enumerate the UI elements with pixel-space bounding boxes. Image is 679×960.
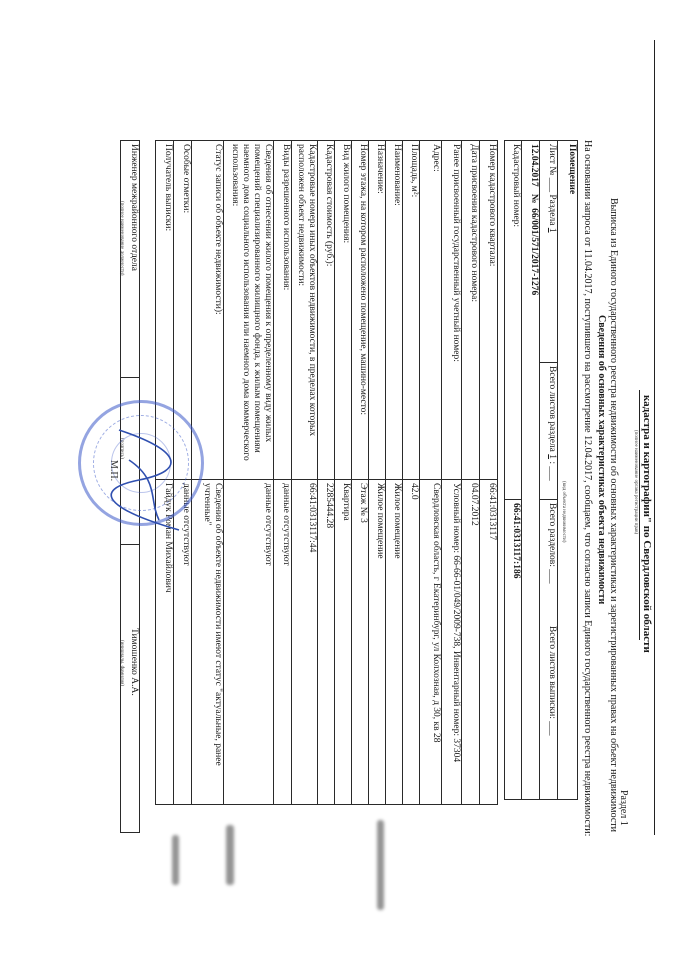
row-value: 2285444.28 [318,480,335,805]
row-label: Номер этажа, на котором расположено поме… [352,141,369,480]
section-label: Раздел 1 [618,790,629,826]
table-row: Номер этажа, на котором расположено поме… [352,141,369,805]
sheet-cell: Лист № ___ Раздела 1 [540,141,558,363]
table-row: Вид жилого помещения:Квартира [335,141,352,805]
sheet-label: Лист № [547,144,557,175]
table-row: Виды разрешенного использования:данные о… [274,141,292,805]
object-type: Помещение [567,144,577,194]
row-label: Назначение: [369,141,386,480]
position-cell: Инженер межрайонного отдела (полное наим… [121,141,140,378]
row-label: Ранее присвоенный государственный учетны… [442,141,462,480]
cadastral-label: Кадастровый номер: [511,144,521,227]
totals-cell: Всего разделов: ___ Всего листов выписки… [540,500,558,800]
table-row: Ранее присвоенный государственный учетны… [442,141,462,805]
request-text: На основании запроса от 11.04.2017, пост… [582,140,593,836]
section-label-small: Раздела [547,194,557,225]
row-value: Этаж № 3 [352,480,369,805]
row-label: Кадастровая стоимость (руб.): [318,141,335,480]
cadastral-value-cell: 66:41:0313117:186 [505,500,522,800]
row-label: Сведения об отнесении жилого помещения к… [224,141,274,480]
position-caption: (полное наименование должности) [116,201,127,275]
row-label: Площадь, м²: [403,141,420,480]
handwritten-signature-icon [99,420,199,540]
total-sheets-section-cell: Всего листов раздела 1 : ___ [540,363,558,500]
row-value: 42.0 [403,480,420,805]
object-type-caption: (вид объекта недвижимости) [558,481,569,542]
table-row: Номер кадастрового квартала:66:41:031311… [480,141,498,805]
table-row: Кадастровые номера иных объектов недвижи… [292,141,318,805]
table-row: Назначение:Жилое помещение [369,141,386,805]
scan-smudge [226,825,234,885]
row-label: Наименование: [386,141,403,480]
row-value: Свердловская область, г Екатеринбург, ул… [420,480,442,805]
total-sections-label: Всего разделов: [547,503,557,567]
row-value: данные отсутствуют [274,480,292,805]
row-label: Номер кадастрового квартала: [480,141,498,480]
scan-smudge [172,835,179,885]
section-value: 1 [547,228,557,233]
scanned-document-page: кадастра и картографии" по Свердловской … [0,0,679,960]
row-value: 04.07.2012 [462,480,480,805]
row-label: Вид жилого помещения: [335,141,352,480]
total-sheets-section-value: 1 [547,454,557,459]
extract-subtitle: Сведения об основных характеристиках объ… [596,315,607,604]
row-value: Квартира [335,480,352,805]
row-value: Жилое помещение [386,480,403,805]
table-row: Дата присвоения кадастрового номера:04.0… [462,141,480,805]
row-label: Дата присвоения кадастрового номера: [462,141,480,480]
total-sheets-section-label: Всего листов раздела [547,366,557,452]
extract-number: 66/001/571/2017-1276 [529,208,539,295]
cadastral-label-cell: Кадастровый номер: [505,141,522,500]
signer-position: Инженер межрайонного отдела [129,144,139,271]
table-row: Площадь, м²:42.0 [403,141,420,805]
total-sheets-label: Всего листов выписки: [547,626,557,719]
table-row: Адрес:Свердловская область, г Екатеринбу… [420,141,442,805]
details-table: Номер кадастрового квартала:66:41:031311… [155,140,498,805]
row-value: 66:41:0313117:44 [292,480,318,805]
row-label: Виды разрешенного использования: [274,141,292,480]
number-cell: 12.04.2017 № 66/001/571/2017-1276 [522,141,540,800]
summary-table: Помещение (вид объекта недвижимости) Лис… [504,140,578,800]
row-label: Адрес: [420,141,442,480]
row-label: Кадастровые номера иных объектов недвижи… [292,141,318,480]
table-row: Кадастровая стоимость (руб.):2285444.28 [318,141,335,805]
number-sign: № [529,194,539,204]
table-row: Наименование:Жилое помещение [386,141,403,805]
row-value: данные отсутствуют [224,480,274,805]
org-underline [639,390,640,640]
extract-date: 12.04.2017 [529,144,539,187]
object-type-cell: Помещение (вид объекта недвижимости) [558,141,578,800]
name-caption: (инициалы, фамилия) [116,640,127,686]
org-caption: (полное наименование органа регистрации … [633,430,638,534]
row-value: Жилое помещение [369,480,386,805]
signer-name: Тимошенко А.А. [129,628,139,696]
cadastral-value: 66:41:0313117:186 [511,503,521,578]
table-row: Сведения об отнесении жилого помещения к… [224,141,274,805]
scan-smudge [377,820,384,910]
row-value: Условный номер: 66-66-01/049/2009-738, И… [442,480,462,805]
row-value: 66:41:0313117 [480,480,498,805]
org-name: кадастра и картографии" по Свердловской … [641,395,653,653]
header-rule [654,40,655,835]
extract-title: Выписка из Единого государственного реес… [608,198,619,832]
name-cell: Тимошенко А.А. (инициалы, фамилия) [121,545,140,833]
